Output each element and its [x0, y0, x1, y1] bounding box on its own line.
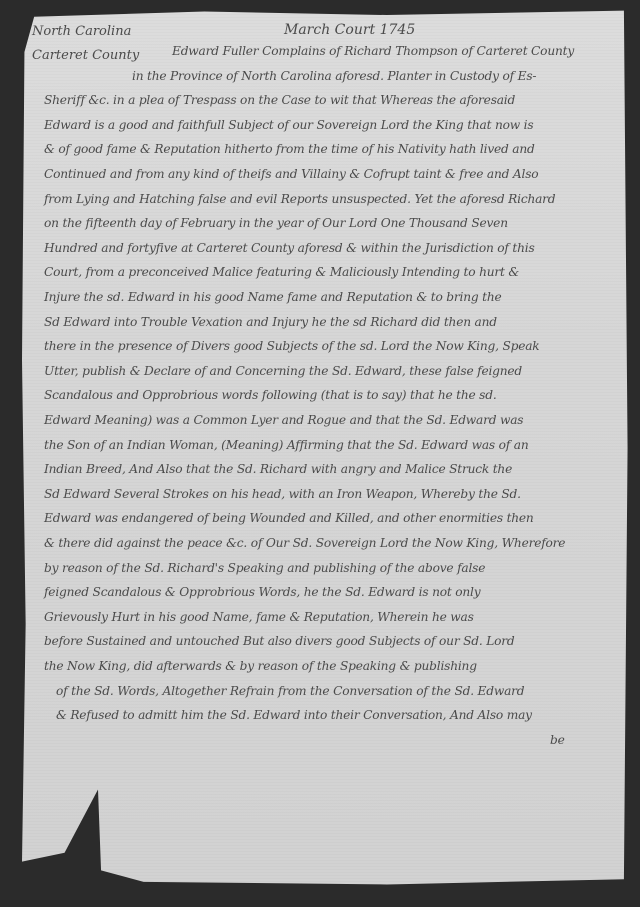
manuscript-line: Edward Meaning) was a Common Lyer and Ro… — [44, 413, 523, 427]
manuscript-line: there in the presence of Divers good Sub… — [44, 339, 540, 353]
manuscript-line: Grievously Hurt in his good Name, fame &… — [44, 610, 474, 624]
manuscript-line: Edward Fuller Complains of Richard Thomp… — [172, 44, 574, 58]
manuscript-line: & Refused to admitt him the Sd. Edward i… — [56, 708, 532, 722]
manuscript-line: & there did against the peace &c. of Our… — [44, 536, 565, 550]
manuscript-line: by reason of the Sd. Richard's Speaking … — [44, 561, 485, 575]
manuscript-line: Edward was endangered of being Wounded a… — [44, 511, 534, 525]
manuscript-line: the Son of an Indian Woman, (Meaning) Af… — [44, 438, 529, 452]
manuscript-line: Indian Breed, And Also that the Sd. Rich… — [44, 462, 512, 476]
manuscript-page: North Carolina Carteret County March Cou… — [22, 8, 630, 888]
manuscript-line: Continued and from any kind of theifs an… — [44, 167, 538, 181]
manuscript-line: feigned Scandalous & Opprobrious Words, … — [44, 585, 480, 599]
caption-venue: North Carolina Carteret County — [32, 20, 139, 68]
manuscript-line: Utter, publish & Declare of and Concerni… — [44, 364, 522, 378]
manuscript-line: of the Sd. Words, Altogether Refrain fro… — [56, 684, 524, 698]
manuscript-line: Court, from a preconceived Malice featur… — [44, 265, 519, 279]
caption-province: North Carolina — [32, 20, 139, 44]
manuscript-line: Injure the sd. Edward in his good Name f… — [44, 290, 501, 304]
manuscript-line: Sd Edward Several Strokes on his head, w… — [44, 487, 521, 501]
manuscript-line: Scandalous and Opprobrious words followi… — [44, 388, 497, 402]
manuscript-line: on the fifteenth day of February in the … — [44, 216, 508, 230]
court-heading: March Court 1745 — [284, 22, 415, 38]
manuscript-line: before Sustained and untouched But also … — [44, 634, 515, 648]
manuscript-line: Hundred and fortyfive at Carteret County… — [44, 241, 535, 255]
manuscript-line: Edward is a good and faithfull Subject o… — [44, 118, 533, 132]
manuscript-line: from Lying and Hatching false and evil R… — [44, 192, 555, 206]
manuscript-line: in the Province of North Carolina afores… — [132, 69, 536, 83]
caption-county: Carteret County — [32, 44, 139, 68]
manuscript-line: & of good fame & Reputation hitherto fro… — [44, 142, 535, 156]
manuscript-line: Sheriff &c. in a plea of Trespass on the… — [44, 93, 515, 107]
manuscript-line: Sd Edward into Trouble Vexation and Inju… — [44, 315, 497, 329]
manuscript-line: be — [550, 733, 565, 747]
manuscript-line: the Now King, did afterwards & by reason… — [44, 659, 477, 673]
